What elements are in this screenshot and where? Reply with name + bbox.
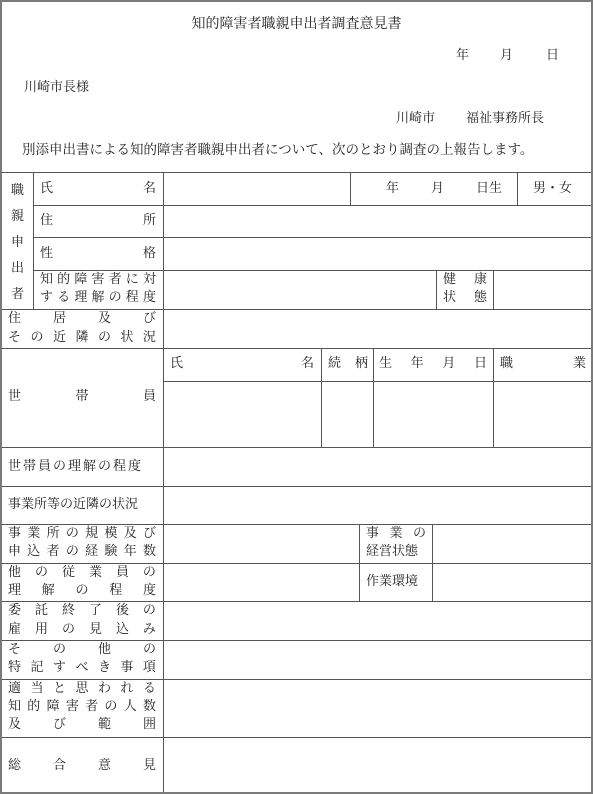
addressee: 川崎市長様 [24,81,89,94]
household-occupation-cell[interactable] [495,383,589,446]
other-notes-field[interactable] [165,642,589,678]
overall-opinion-label: 総合意見 [8,759,156,772]
birth-day-label: 日生 [476,182,502,195]
sex-select[interactable]: 男・女 [533,182,572,195]
household-col-occupation: 職業 [500,357,586,370]
workplace-scale-field[interactable] [165,526,358,562]
household-col-name: 氏名 [170,357,314,370]
household-relation-cell[interactable] [323,383,372,446]
date-month-label: 月 [500,49,513,62]
issuer-office: 福祉事務所長 [466,112,544,125]
applicant-address-label: 住所 [40,214,156,227]
intro-text: 別添申出書による知的障害者職親申出者について、次のとおり調査の上報告します。 [22,144,533,158]
suitable-count-field[interactable] [165,681,589,736]
document-title: 知的障害者職親申出者調査意見書 [0,17,593,31]
applicant-group-label: 職 親 申 出 者 [2,172,33,309]
household-birthdate-cell[interactable] [375,383,492,446]
household-label: 世帯員 [8,390,156,403]
issuer-city: 川崎市 [396,112,435,125]
business-condition-field[interactable] [434,526,589,562]
applicant-character-field[interactable] [165,239,589,269]
workplace-neighborhood-label: 事業所等の近隣の状況 [8,498,138,511]
health-field[interactable] [495,272,589,308]
birth-month-label: 月 [431,182,444,195]
applicant-name-label: 氏名 [40,182,156,195]
work-environment-label: 作業環境 [366,575,418,588]
household-col-relation: 続柄 [328,357,368,370]
applicant-name-field[interactable] [165,174,349,204]
birth-year-label: 年 [386,182,399,195]
date-year-label: 年 [456,49,469,62]
applicant-character-label: 性格 [40,247,156,260]
household-name-cell[interactable] [165,383,320,446]
overall-opinion-field[interactable] [165,739,589,790]
household-col-birthdate: 生年月日 [379,357,487,370]
post-employment-field[interactable] [165,603,589,639]
work-environment-field[interactable] [434,565,589,600]
household-understanding-field[interactable] [165,449,589,485]
residence-field[interactable] [165,311,589,347]
workplace-neighborhood-field[interactable] [165,488,589,523]
date-day-label: 日 [546,49,559,62]
applicant-address-field[interactable] [165,207,589,236]
household-understanding-label: 世帯員の理解の程度 [8,460,143,473]
coworker-understanding-field[interactable] [165,565,358,600]
applicant-understanding-field[interactable] [165,272,435,308]
